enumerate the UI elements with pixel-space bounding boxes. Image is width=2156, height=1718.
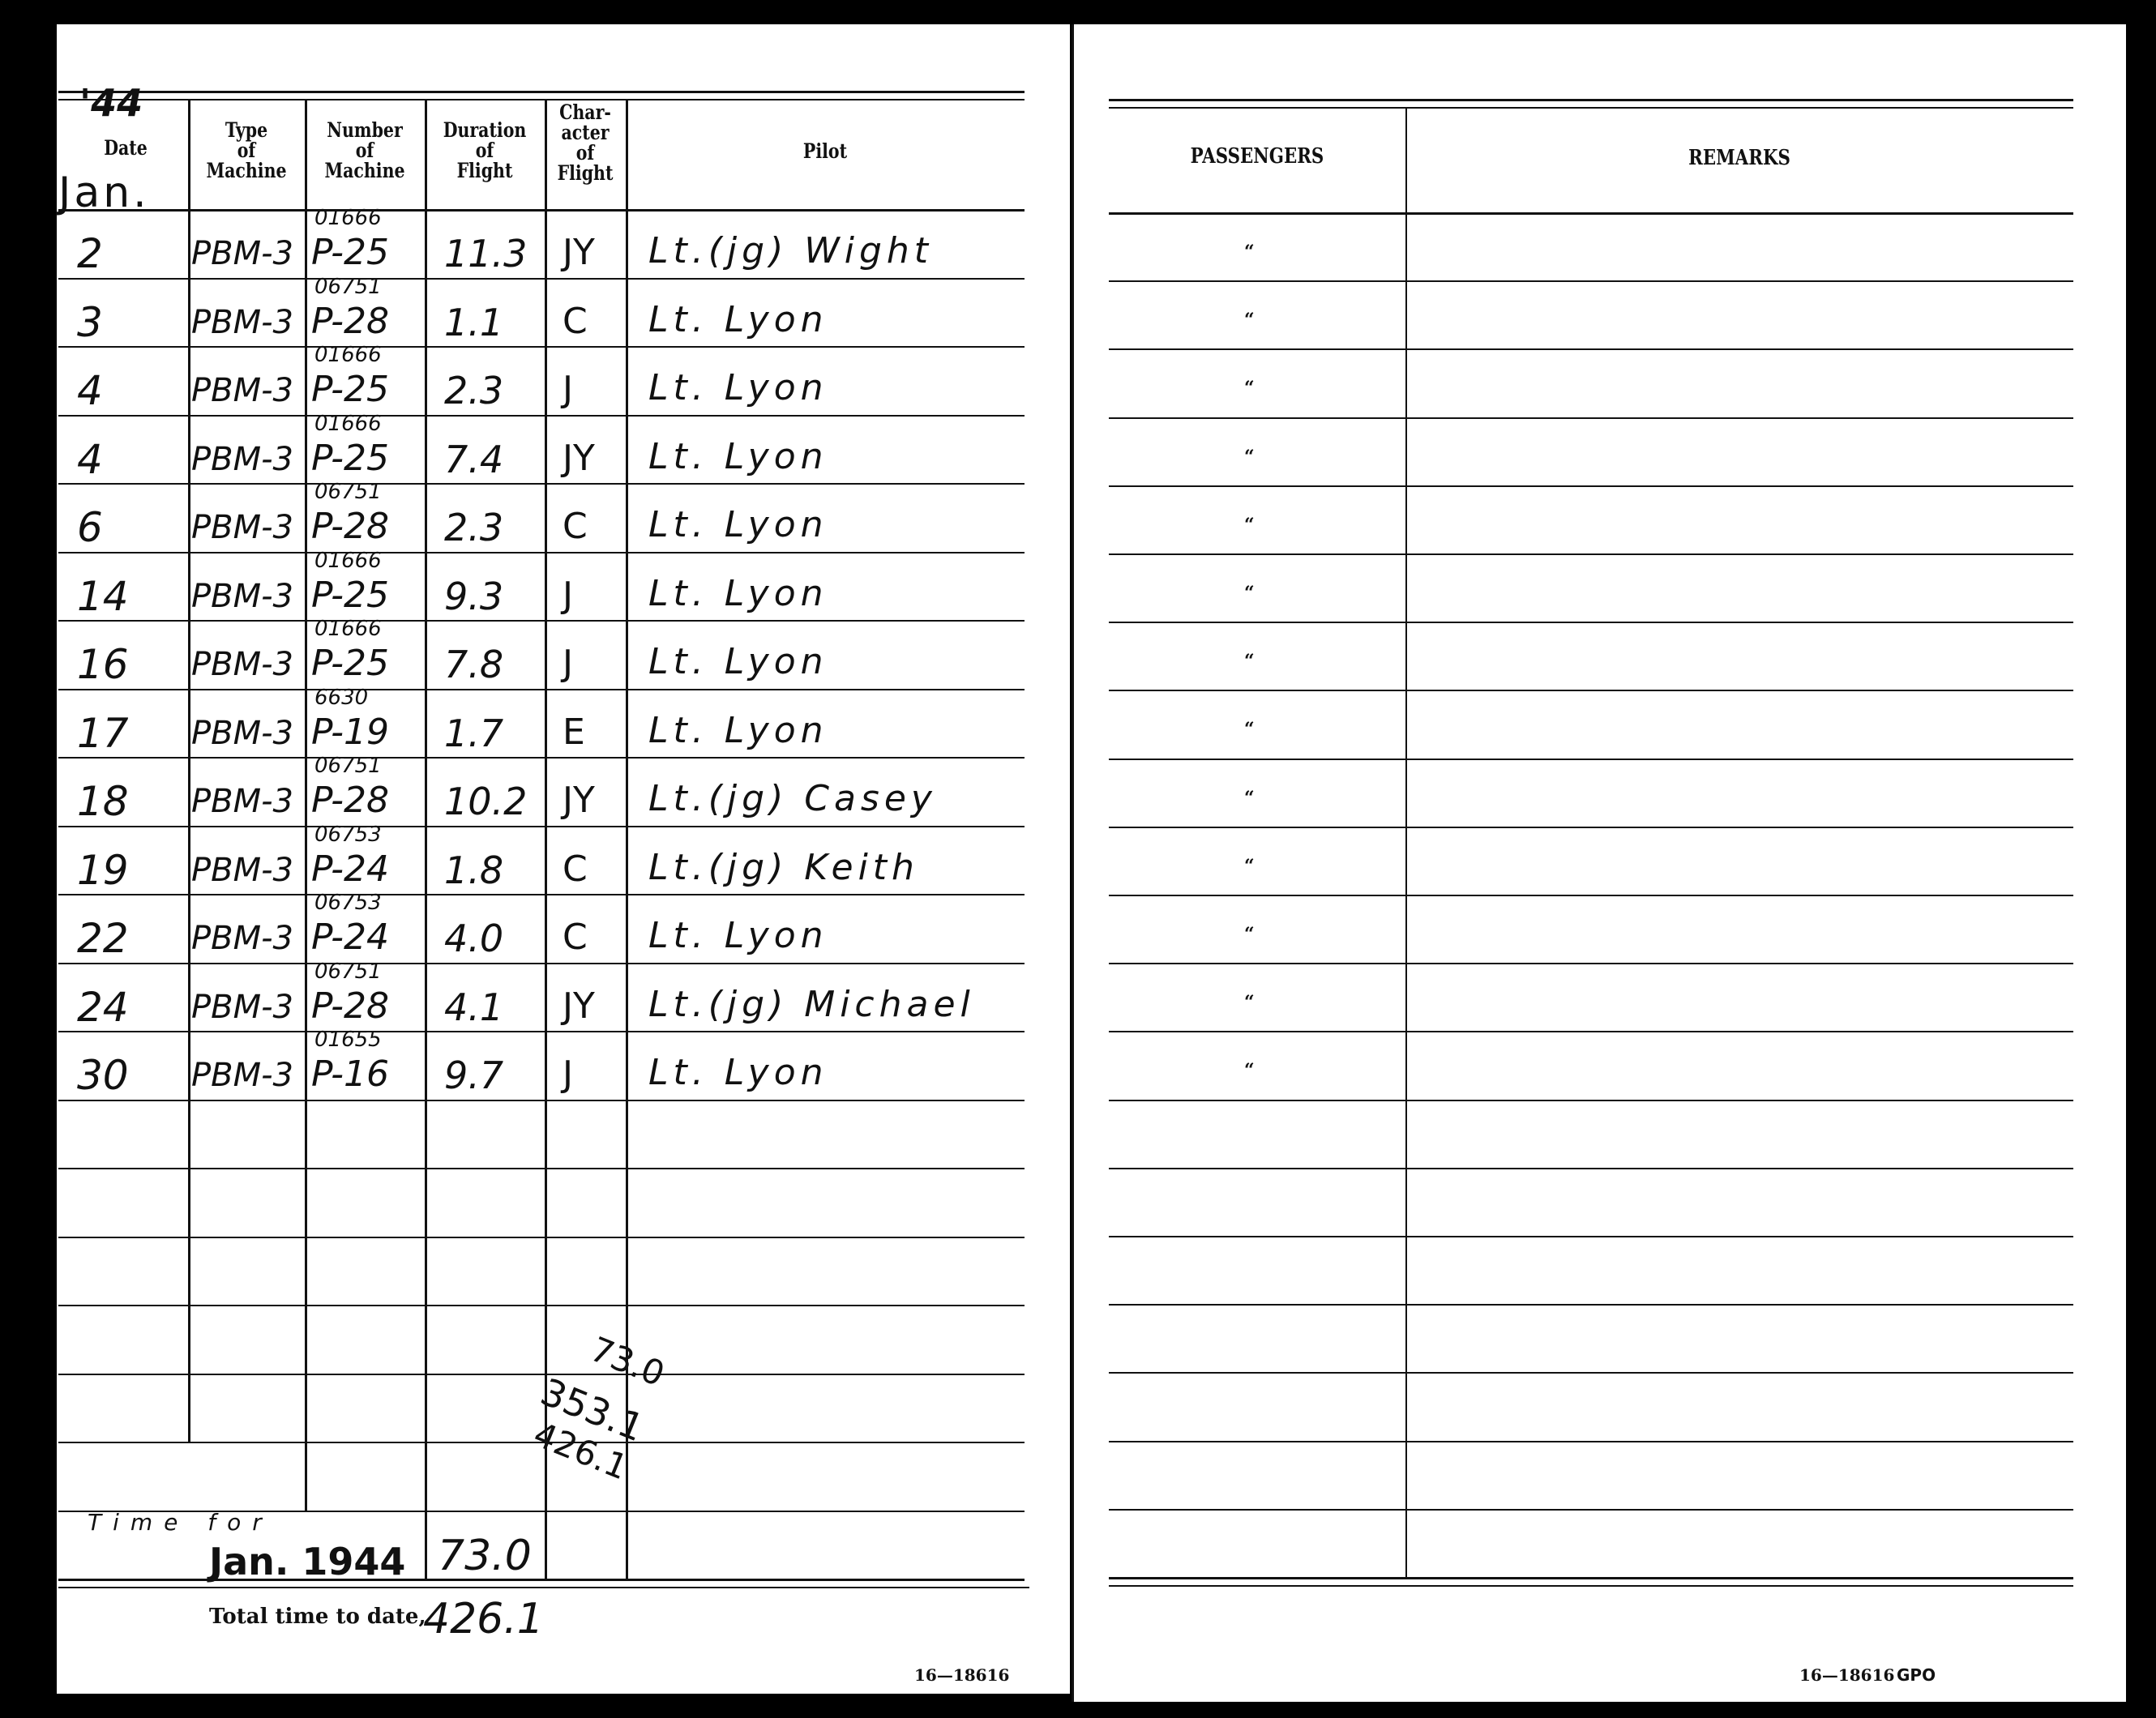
row-rule [1109, 1304, 2073, 1306]
machine-type-cell: PBM-3 [191, 235, 293, 272]
row-rule [1109, 348, 2073, 350]
character-cell: JY [563, 780, 595, 821]
machine-number-cell: P-16 [311, 1053, 389, 1095]
row-rule [1109, 1168, 2073, 1169]
passenger-ditto-mark: “ [1244, 788, 1255, 809]
row-rule [1109, 1577, 2073, 1579]
table-bottom-rule [1109, 1585, 2073, 1587]
machine-number-cell: P-25 [311, 232, 389, 273]
pilot-cell: Lt.(jg) Wight [648, 230, 933, 271]
duration-cell: 7.8 [444, 643, 503, 686]
row-rule [1109, 690, 2073, 691]
machine-serial-cell: 01666 [314, 617, 382, 641]
header-passengers: PASSENGERS [1136, 146, 1379, 167]
machine-type-cell: PBM-3 [191, 852, 293, 889]
duration-cell: 9.3 [444, 575, 503, 618]
date-cell: 30 [77, 1052, 129, 1099]
column-rule [545, 100, 547, 1579]
machine-serial-cell: 06751 [314, 959, 382, 984]
pilot-cell: Lt. Lyon [648, 710, 828, 751]
table-top-rule [1109, 99, 2073, 101]
table-top-rule-inner [1109, 107, 2073, 109]
machine-serial-cell: 01655 [314, 1028, 382, 1052]
pilot-cell: Lt. Lyon [648, 573, 828, 614]
pilot-cell: Lt. Lyon [648, 504, 828, 545]
passenger-ditto-mark: “ [1244, 515, 1255, 536]
machine-serial-cell: 06753 [314, 891, 382, 915]
pilot-cell: Lt.(jg) Casey [648, 778, 937, 819]
machine-type-cell: PBM-3 [191, 578, 293, 615]
character-cell: JY [563, 985, 595, 1027]
row-rule [58, 963, 1025, 964]
pilot-cell: Lt. Lyon [648, 367, 828, 408]
date-cell: 4 [77, 436, 103, 483]
character-cell: C [563, 301, 588, 342]
time-for-value: 73.0 [438, 1532, 532, 1580]
row-rule [58, 1305, 1025, 1306]
passenger-ditto-mark: “ [1244, 583, 1255, 604]
duration-cell: 1.8 [444, 848, 503, 892]
table-top-rule [58, 91, 1025, 93]
row-rule [1109, 485, 2073, 487]
row-rule [1109, 1100, 2073, 1101]
row-rule [58, 826, 1025, 827]
machine-serial-cell: 01666 [314, 343, 382, 367]
passenger-ditto-mark: “ [1244, 651, 1255, 672]
machine-serial-cell: 06751 [314, 275, 382, 299]
duration-cell: 7.4 [444, 438, 503, 481]
passenger-ditto-mark: “ [1244, 992, 1255, 1013]
duration-cell: 1.7 [444, 712, 503, 755]
duration-cell: 4.0 [444, 917, 503, 960]
machine-type-cell: PBM-3 [191, 989, 293, 1026]
machine-serial-cell: 01666 [314, 206, 382, 230]
date-cell: 24 [77, 984, 129, 1031]
row-rule [1109, 963, 2073, 964]
machine-type-cell: PBM-3 [191, 715, 293, 752]
header-duration-of-flight: Duration of Flight [435, 120, 533, 181]
date-cell: 6 [77, 504, 103, 551]
row-rule [1109, 553, 2073, 555]
row-rule [58, 1374, 1025, 1375]
date-cell: 22 [77, 915, 129, 962]
row-rule [1109, 1509, 2073, 1511]
month-note: Jan. [58, 169, 150, 217]
duration-cell: 2.3 [444, 506, 503, 549]
machine-number-cell: P-28 [311, 780, 389, 821]
row-rule [58, 757, 1025, 759]
passenger-ditto-mark: “ [1244, 1060, 1255, 1081]
machine-serial-cell: 01666 [314, 549, 382, 573]
pilot-cell: Lt. Lyon [648, 915, 828, 956]
row-rule [58, 415, 1025, 417]
date-cell: 18 [77, 778, 129, 825]
duration-cell: 10.2 [444, 780, 527, 823]
duration-cell: 1.1 [444, 301, 503, 344]
machine-serial-cell: 06751 [314, 480, 382, 504]
total-time-value: 426.1 [423, 1595, 544, 1643]
column-rule [425, 100, 427, 1579]
pilot-cell: Lt. Lyon [648, 1052, 828, 1093]
character-cell: J [563, 575, 573, 616]
header-bottom-rule [1109, 212, 2073, 215]
duration-cell: 2.3 [444, 369, 503, 412]
year-note: '44 [79, 81, 143, 125]
row-rule [58, 689, 1025, 690]
date-cell: 2 [77, 230, 103, 277]
row-rule [58, 483, 1025, 485]
header-character-of-flight: Char- acter of Flight [552, 102, 618, 183]
pilot-cell: Lt. Lyon [648, 436, 828, 477]
character-cell: JY [563, 232, 595, 273]
header-bottom-rule [58, 209, 1025, 212]
machine-number-cell: P-24 [311, 917, 389, 958]
machine-type-cell: PBM-3 [191, 646, 293, 683]
machine-serial-cell: 06751 [314, 754, 382, 778]
column-rule [1405, 109, 1407, 1577]
date-cell: 17 [77, 710, 129, 757]
row-rule [58, 346, 1025, 348]
character-cell: JY [563, 438, 595, 479]
row-rule [1109, 622, 2073, 623]
character-cell: C [563, 848, 588, 890]
pilot-cell: Lt.(jg) Keith [648, 847, 919, 888]
machine-number-cell: P-28 [311, 301, 389, 342]
machine-number-cell: P-25 [311, 575, 389, 616]
passenger-ditto-mark: “ [1244, 924, 1255, 945]
table-top-rule-inner [58, 99, 1025, 100]
machine-type-cell: PBM-3 [191, 920, 293, 957]
character-cell: J [563, 1053, 573, 1095]
machine-number-cell: P-25 [311, 369, 389, 410]
passenger-ditto-mark: “ [1244, 719, 1255, 740]
character-cell: J [563, 643, 573, 684]
character-cell: C [563, 917, 588, 958]
pilot-cell: Lt. Lyon [648, 641, 828, 682]
row-rule [58, 552, 1025, 553]
column-rule [305, 100, 307, 1511]
machine-number-cell: P-28 [311, 985, 389, 1027]
machine-serial-cell: 06753 [314, 823, 382, 847]
machine-type-cell: PBM-3 [191, 441, 293, 478]
logbook-right-page [1072, 24, 2126, 1702]
passenger-ditto-mark: “ [1244, 447, 1255, 468]
machine-number-cell: P-25 [311, 438, 389, 479]
machine-number-cell: P-28 [311, 506, 389, 547]
time-for-period: Jan. 1944 [209, 1540, 405, 1583]
printer-mark: GPO [1897, 1665, 1936, 1685]
form-number-right: 16—18616 [1799, 1665, 1894, 1685]
machine-number-cell: P-19 [311, 712, 389, 753]
machine-type-cell: PBM-3 [191, 372, 293, 409]
header-type-of-machine: Type of Machine [199, 120, 294, 181]
row-rule [1109, 759, 2073, 760]
row-rule [1109, 895, 2073, 896]
header-date: Date [89, 138, 162, 158]
date-cell: 14 [77, 573, 129, 620]
passenger-ditto-mark: “ [1244, 241, 1255, 263]
passenger-ditto-mark: “ [1244, 856, 1255, 877]
date-cell: 3 [77, 299, 103, 346]
row-rule [1109, 1236, 2073, 1237]
row-rule [1109, 827, 2073, 828]
column-rule [188, 100, 190, 1442]
date-cell: 16 [77, 641, 129, 688]
duration-cell: 4.1 [444, 985, 503, 1029]
machine-serial-cell: 6630 [314, 686, 368, 710]
machine-type-cell: PBM-3 [191, 509, 293, 546]
time-for-label: Time for [88, 1509, 273, 1536]
row-rule [58, 1168, 1025, 1169]
row-rule [58, 1579, 1025, 1581]
row-rule [58, 1237, 1025, 1238]
character-cell: E [563, 712, 585, 753]
form-number-left: 16—18616 [914, 1665, 1009, 1685]
pilot-cell: Lt. Lyon [648, 299, 828, 340]
row-rule [1109, 1031, 2073, 1032]
pilot-cell: Lt.(jg) Michael [648, 984, 975, 1025]
character-cell: J [563, 369, 573, 410]
row-rule [58, 278, 1025, 280]
row-rule [1109, 417, 2073, 419]
passenger-ditto-mark: “ [1244, 378, 1255, 399]
machine-number-cell: P-25 [311, 643, 389, 684]
row-rule [58, 1100, 1025, 1101]
character-cell: C [563, 506, 588, 547]
header-remarks: REMARKS [1465, 147, 2013, 169]
machine-type-cell: PBM-3 [191, 304, 293, 341]
machine-type-cell: PBM-3 [191, 783, 293, 820]
row-rule [58, 894, 1025, 895]
row-rule [58, 620, 1025, 622]
machine-number-cell: P-24 [311, 848, 389, 890]
passenger-ditto-mark: “ [1244, 310, 1255, 331]
duration-cell: 9.7 [444, 1053, 503, 1097]
duration-cell: 11.3 [444, 232, 527, 276]
row-rule [1109, 1441, 2073, 1442]
row-rule [1109, 280, 2073, 282]
date-cell: 19 [77, 847, 129, 894]
machine-serial-cell: 01666 [314, 412, 382, 436]
row-rule [1109, 1372, 2073, 1374]
row-rule [58, 1031, 1025, 1032]
header-pilot: Pilot [661, 141, 988, 161]
total-time-label: Total time to date, [209, 1605, 426, 1629]
header-number-of-machine: Number of Machine [315, 120, 413, 181]
machine-type-cell: PBM-3 [191, 1057, 293, 1094]
table-bottom-rule [58, 1587, 1029, 1588]
date-cell: 4 [77, 367, 103, 414]
